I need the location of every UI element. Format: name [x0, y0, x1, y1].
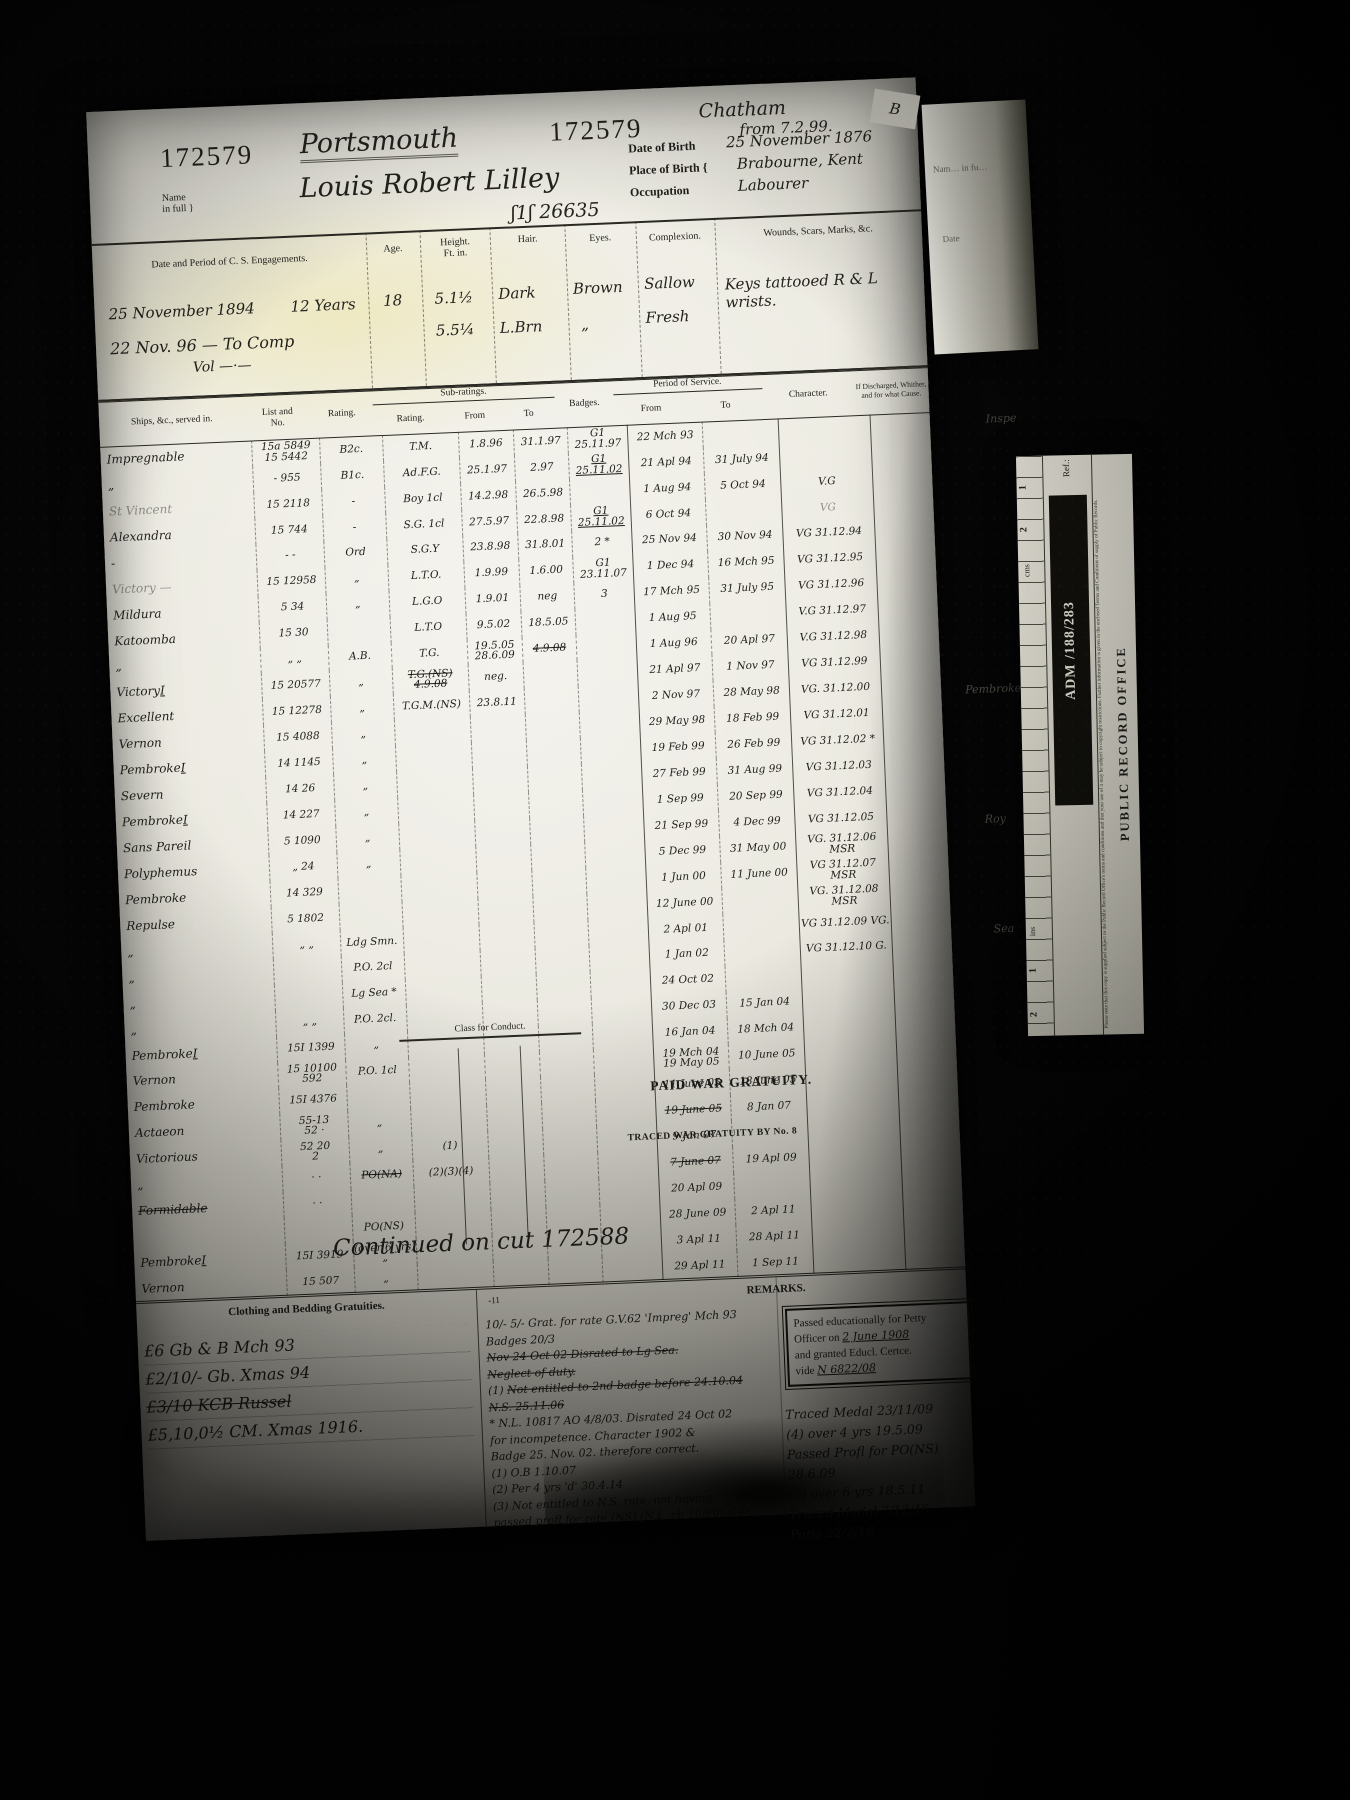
sub-from	[477, 896, 533, 924]
hair-value-1: Dark	[498, 283, 536, 303]
list-and-no: 5 1802	[271, 904, 339, 933]
sub-to	[533, 920, 589, 948]
page-fragment: Sea	[993, 922, 1014, 936]
list-and-no: 15 12278	[262, 697, 330, 726]
engagement-date-2: 22 Nov. 96 — To Comp	[110, 332, 295, 359]
badges	[582, 788, 642, 816]
badges	[592, 1021, 652, 1049]
sub-rating: T.G.	[391, 639, 468, 668]
list-and-no: 15 4088	[263, 723, 331, 752]
sub-from: 19.5.0528.6.09	[466, 637, 522, 665]
sub-from	[476, 870, 532, 898]
list-and-no: „ „	[272, 930, 340, 959]
sub-rating: S.G.Y	[386, 536, 463, 565]
badges-header: Badges.	[555, 397, 614, 410]
rating: „	[334, 798, 398, 827]
badges	[585, 839, 645, 867]
engagement-date-1: 25 November 1894	[108, 299, 255, 323]
badges	[591, 995, 651, 1023]
list-and-no: 15I 4376	[278, 1086, 346, 1115]
list-and-no: 14 1145	[264, 749, 332, 778]
sub-to	[534, 946, 590, 974]
badges: G1 25.11.97	[567, 425, 627, 453]
dob-label: Date of Birth	[628, 139, 696, 157]
occupation-label: Occupation	[630, 183, 690, 200]
list-and-no: 52 202	[281, 1137, 349, 1166]
column-rule	[635, 221, 643, 377]
sub-from: 27.5.97	[461, 507, 517, 535]
sub-from: 14.2.98	[460, 481, 516, 509]
rating: B1c.	[320, 461, 384, 490]
complexion-value-1: Sallow	[644, 273, 695, 293]
sub-from: 9.5.02	[465, 611, 521, 639]
sub-from	[469, 715, 525, 743]
sub-rating: L.G.O	[388, 587, 465, 616]
pro-reference-card: 1 2 cms ins 1 2 Ref.: ADM /188/283 Pleas…	[1016, 454, 1144, 1036]
service-to	[724, 937, 801, 966]
engagement-date-2b: Vol —·—	[193, 357, 252, 375]
character	[801, 985, 894, 1015]
badges	[587, 891, 647, 919]
sub-rating: T.M.	[382, 432, 459, 461]
sub-from	[472, 766, 528, 794]
sub-rating	[401, 898, 478, 927]
rating: „	[353, 1264, 417, 1293]
ref-label: Ref.:	[1061, 459, 1071, 477]
character-header: Character.	[762, 387, 854, 402]
badges: G1 25.11.02	[568, 451, 628, 479]
list-and-no: 14 227	[267, 800, 335, 829]
service-to: 31 July 95	[708, 574, 785, 603]
service-from: 3 Apl 11	[660, 1225, 737, 1254]
rating: „	[333, 772, 397, 801]
service-from: 1 Jan 02	[648, 940, 725, 969]
service-to: 31 July 94	[703, 444, 780, 473]
rating: „	[328, 668, 392, 697]
badges	[590, 969, 650, 997]
list-and-no	[273, 956, 341, 985]
sub-to	[523, 686, 579, 714]
service-to	[733, 1170, 810, 1199]
list-and-no: „ „	[275, 1008, 343, 1037]
character: VG	[781, 492, 874, 522]
rating: „	[325, 591, 389, 620]
wounds-header: Wounds, Scars, Marks, &c.	[714, 221, 922, 241]
service-rows: Impregnable15a 584915 5442B2c.T.M.1.8.96…	[100, 412, 965, 1302]
service-from: 1 Jun 00	[645, 862, 722, 891]
badges	[584, 814, 644, 842]
hair-header: Hair.	[490, 232, 565, 246]
service-to: 28 May 98	[713, 678, 790, 707]
sub-to: 2.97	[513, 453, 569, 481]
badges	[579, 710, 639, 738]
rating: „	[335, 824, 399, 853]
sub-to: 26.5.98	[515, 479, 571, 507]
list-no-header: List and No.	[244, 406, 311, 431]
character: VG 31.12.99	[787, 648, 880, 678]
clothing-lines: £6 Gb & B Mch 93£2/10/- Gb. Xmas 94£3/10…	[144, 1324, 474, 1450]
service-to: 31 Aug 99	[716, 755, 793, 784]
service-to	[710, 600, 787, 629]
badges: 2 *	[572, 528, 632, 556]
sub-rating	[399, 847, 476, 876]
remarks-title: REMARKS.	[656, 1272, 897, 1306]
sub-rating-header: Rating.	[373, 412, 448, 426]
service-to: 11 June 00	[720, 859, 797, 888]
sub-rating	[395, 743, 472, 772]
rating: -	[322, 513, 386, 542]
service-to	[725, 963, 802, 992]
sub-from	[484, 1052, 540, 1080]
engagements-header: Date and Period of C. S. Engagements.	[92, 251, 366, 273]
service-to: 18 Feb 99	[714, 704, 791, 733]
character: VG 31.12.03	[792, 751, 885, 781]
service-from: 17 Mch 95	[633, 577, 710, 606]
service-from: 2 Apl 01	[647, 914, 724, 943]
character: VG 31.12.02 *	[791, 726, 884, 756]
badges	[578, 684, 638, 712]
name-label: Name in full }	[162, 192, 194, 215]
sub-to	[530, 842, 586, 870]
character: VG. 31.12.06 MSR	[795, 829, 888, 859]
column-rule	[490, 227, 498, 383]
column-rule	[564, 224, 572, 380]
list-and-no: „ „	[260, 645, 328, 674]
service-from: 21 Apl 97	[636, 655, 713, 684]
sub-to: 18.5.05	[520, 609, 576, 637]
badges	[575, 606, 635, 634]
service-to: 26 Feb 99	[715, 729, 792, 758]
list-and-no: 15I 1399	[276, 1034, 344, 1063]
age-value: 18	[383, 291, 403, 310]
rating: Lg Sea *	[341, 979, 405, 1008]
sub-rating	[396, 769, 473, 798]
sub-to	[535, 971, 591, 999]
character	[808, 1140, 901, 1170]
sub-rating: L.T.O	[389, 613, 466, 642]
sub-from	[478, 922, 534, 950]
service-to: 30 Nov 94	[706, 522, 783, 551]
rating: A.B.	[327, 642, 391, 671]
period-group-header: Period of Service.	[612, 375, 762, 395]
sub-rating	[397, 795, 474, 824]
list-and-no: 15 10100592	[277, 1060, 345, 1089]
character	[800, 959, 893, 989]
page-mark: -11	[488, 1295, 500, 1305]
sub-from: 23.8.98	[462, 533, 518, 561]
character	[806, 1088, 899, 1118]
rating	[326, 616, 390, 645]
badges	[588, 917, 648, 945]
wounds-value: Keys tattooed R & L wrists.	[724, 268, 916, 312]
service-from: 20 Apl 09	[658, 1173, 735, 1202]
service-from: 25 Nov 94	[631, 525, 708, 554]
character: VG. 31.12.08 MSR	[797, 881, 890, 911]
folded-page-edge: Nam… in fu… Date	[922, 99, 1039, 354]
sub-to: 31.8.01	[517, 531, 573, 559]
sub-from: 25.1.97	[459, 455, 515, 483]
service-to: 31 May 00	[719, 833, 796, 862]
service-to: 8 Jan 07	[730, 1092, 807, 1121]
cm-number: 2	[1018, 527, 1029, 532]
rating: P.O. 2cl.	[343, 1005, 407, 1034]
sub-to: 22.8.98	[516, 505, 572, 533]
service-from: 22 Mch 93	[626, 422, 703, 451]
eyes-value-2: „	[581, 315, 590, 333]
badges	[602, 1254, 662, 1282]
service-to: 4 Dec 99	[718, 807, 795, 836]
service-to	[702, 418, 779, 447]
character	[810, 1192, 903, 1222]
service-from: 30 Dec 03	[650, 992, 727, 1021]
rating	[337, 876, 401, 905]
height-header: Height. Ft. in.	[420, 235, 491, 260]
character: VG 31.12.01	[789, 700, 882, 730]
sub-rating: T.G.M.(NS)	[393, 691, 470, 720]
sub-from: 1.9.99	[463, 559, 519, 587]
sub-from	[492, 1259, 548, 1287]
sub-to: 4.9.08	[521, 635, 577, 663]
service-from: 29 May 98	[638, 707, 715, 736]
page-fragment: Pembroke	[965, 681, 1021, 696]
service-to	[723, 911, 800, 940]
sub-from	[489, 1181, 545, 1209]
period-to-header: To	[688, 399, 763, 413]
character	[809, 1166, 902, 1196]
sub-to	[547, 1257, 603, 1285]
sub-from: 1.8.96	[457, 430, 513, 458]
badges	[576, 632, 636, 660]
eyes-value-1: Brown	[573, 278, 623, 298]
sub-to	[543, 1153, 599, 1181]
remarks-lines: 10/- 5/- Grat. for rate G.V.62 'Impreg' …	[485, 1305, 782, 1531]
service-from: 19 Mch 0419 May 05	[652, 1044, 729, 1073]
education-certificate-box: Passed educationally for PettyOfficer on…	[785, 1301, 972, 1387]
service-to: 2 Apl 11	[734, 1196, 811, 1225]
service-from: 2 Nov 97	[637, 681, 714, 710]
service-to: 20 Apl 97	[711, 626, 788, 655]
badges	[581, 762, 641, 790]
official-number-left: 172579	[160, 139, 254, 174]
rating	[346, 1083, 410, 1112]
service-from: 1 Aug 94	[628, 473, 705, 502]
sub-from	[480, 974, 536, 1002]
list-and-no: 15 20577	[261, 671, 329, 700]
character	[807, 1114, 900, 1144]
rating: „	[330, 694, 394, 723]
sub-to	[538, 1049, 594, 1077]
list-and-no: 15 12958	[257, 567, 325, 596]
sub-from: neg.	[467, 663, 523, 691]
service-to: 5 Oct 94	[704, 470, 781, 499]
discharged-header: If Discharged, Whither, and for what Cau…	[853, 380, 928, 400]
rating: „	[332, 746, 396, 775]
rating: Ord	[323, 539, 387, 568]
name-value: Louis Robert Lilley	[299, 162, 560, 204]
list-and-no: 15 744	[255, 515, 323, 544]
character: VG 31.12.96	[784, 570, 877, 600]
sub-from	[475, 844, 531, 872]
service-from: 24 Oct 02	[649, 966, 726, 995]
service-record-sheet: 172579 Portsmouth 172579 Chatham from 7.…	[86, 77, 975, 1541]
list-and-no: 15 2118	[253, 490, 321, 519]
sub-to	[544, 1179, 600, 1207]
sub-from	[474, 818, 530, 846]
list-and-no: 15 30	[259, 619, 327, 648]
character	[779, 441, 872, 471]
rating: „	[348, 1135, 412, 1164]
sub-rating: T.G.(NS) 4.9.08	[392, 665, 469, 694]
list-and-no	[274, 982, 342, 1011]
list-and-no: · ·	[282, 1163, 350, 1192]
service-to: 18 Mch 04	[727, 1014, 804, 1043]
reference-number: ʃ1ʃ 26635	[510, 199, 600, 225]
character	[804, 1037, 897, 1067]
sub-rating: Ad.F.G.	[383, 458, 460, 487]
sub-to	[524, 712, 580, 740]
sub-rating	[408, 1054, 485, 1083]
character	[778, 415, 871, 445]
height-value-1: 5.1½	[434, 288, 473, 308]
rating-header: Rating.	[310, 407, 373, 421]
age-header: Age.	[366, 242, 420, 255]
service-from: 1 Aug 95	[634, 603, 711, 632]
photograph-of-service-record: 172579 Portsmouth 172579 Chatham from 7.…	[0, 0, 1350, 1800]
sub-to	[531, 868, 587, 896]
sub-rating	[398, 821, 475, 850]
sub-rating	[410, 1106, 487, 1135]
inch-number: 1	[1028, 968, 1039, 973]
sub-rating	[413, 1183, 490, 1212]
badges: G1 25.11.02	[570, 503, 630, 531]
sub-to: 1.6.00	[518, 557, 574, 585]
character	[803, 1011, 896, 1041]
service-from: 28 June 09	[659, 1199, 736, 1228]
badges: 3	[574, 580, 634, 608]
bottom-section: Clothing and Bedding Gratuities. REMARKS…	[136, 1266, 975, 1544]
sub-rating	[400, 872, 477, 901]
sub-from-header: From	[448, 410, 502, 423]
service-from: 19 June 05	[655, 1095, 732, 1124]
sub-to	[539, 1075, 595, 1103]
service-to: 19 Apl 09	[732, 1144, 809, 1173]
badges	[595, 1099, 655, 1127]
service-from: 19 Feb 99	[639, 733, 716, 762]
rating: Ldg Smn.	[339, 927, 403, 956]
sub-to	[541, 1101, 597, 1129]
pob-label: Place of Birth {	[629, 160, 708, 178]
service-from: 6 Oct 94	[630, 499, 707, 528]
port-division-left: Portsmouth	[299, 123, 459, 164]
character: VG. 31.12.00	[788, 674, 881, 704]
character: VG 31.12.04	[793, 777, 886, 807]
sub-from	[470, 741, 526, 769]
medal-notes: Traced Medal 23/11/09(4) over 4 yrs 19.5…	[785, 1397, 973, 1544]
list-and-no: 5 1090	[268, 826, 336, 855]
service-from: 7 June 07	[657, 1147, 734, 1176]
character: VG 31.12.07 MSR	[796, 855, 889, 885]
service-to: 28 Apl 11	[736, 1222, 813, 1251]
service-to	[705, 496, 782, 525]
sub-rating	[409, 1080, 486, 1109]
pob-value: Brabourne, Kent	[737, 150, 864, 173]
list-and-no: - 955	[252, 464, 320, 493]
rating: „	[324, 565, 388, 594]
list-and-no: - -	[256, 541, 324, 570]
rating	[338, 902, 402, 931]
badges: G1 23.11.07	[573, 554, 633, 582]
character: V.G	[780, 466, 873, 496]
character: VG 31.12.95	[783, 544, 876, 574]
service-from: 21 Apl 94	[627, 448, 704, 477]
cm-number: 1	[1018, 485, 1029, 490]
service-from: 1 Sep 99	[641, 784, 718, 813]
badges	[580, 736, 640, 764]
character: VG 31.12.05	[794, 803, 887, 833]
sub-from	[473, 792, 529, 820]
sub-rating	[402, 924, 479, 953]
service-from: 1 Dec 94	[632, 551, 709, 580]
badges	[569, 477, 629, 505]
badges	[599, 1176, 659, 1204]
list-and-no: 55-1352 ·	[280, 1111, 348, 1140]
adm-reference: ADM /188/283	[1062, 601, 1080, 700]
sub-from	[479, 948, 535, 976]
engagement-period-1: 12 Years	[290, 295, 356, 316]
badges	[586, 865, 646, 893]
rating: P.O. 1cl	[345, 1057, 409, 1086]
list-and-no: · ·	[283, 1189, 351, 1218]
rating: PO(NA)	[349, 1161, 413, 1190]
badges	[577, 658, 637, 686]
list-and-no: „ 24	[269, 852, 337, 881]
character: VG 31.12.09 VG.	[798, 907, 891, 937]
adm-reference-box: ADM /188/283	[1049, 495, 1093, 806]
occupation-value: Labourer	[737, 174, 808, 195]
rating: P.O. 2cl	[340, 953, 404, 982]
sub-to	[522, 661, 578, 689]
sub-rating: S.G. 1cl	[385, 510, 462, 539]
sub-rating: L.T.O.	[387, 561, 464, 590]
character: V.G 31.12.98	[786, 622, 879, 652]
sub-from: 1.9.01	[464, 585, 520, 613]
sub-rating	[394, 717, 471, 746]
complexion-value-2: Fresh	[645, 307, 690, 327]
character	[811, 1218, 904, 1248]
service-from: 1 Aug 96	[635, 629, 712, 658]
badges	[594, 1073, 654, 1101]
inch-number: 2	[1029, 1012, 1040, 1017]
ins-label: ins	[1028, 927, 1037, 937]
service-to: 15 Jan 04	[726, 989, 803, 1018]
fold-fragment: Nam… in fu…	[933, 162, 988, 175]
paper-scrap: B	[870, 89, 921, 130]
service-from: 5 Dec 99	[644, 836, 721, 865]
character: VG 31.12.10 G.	[799, 933, 892, 963]
column-rule	[714, 218, 722, 374]
list-and-no: 14 329	[270, 878, 338, 907]
sub-to	[542, 1127, 598, 1155]
service-from: 16 Jan 04	[651, 1018, 728, 1047]
service-from: 27 Feb 99	[640, 759, 717, 788]
service-table: Ships, &c., served in. List and No. Rati…	[98, 365, 965, 1304]
hair-value-2: L.Brn	[499, 317, 542, 337]
service-to: 1 Nov 97	[712, 652, 789, 681]
character: V.G 31.12.97	[785, 596, 878, 626]
list-and-no: 5 34	[258, 593, 326, 622]
sub-rating: (2)(3)(4)	[412, 1157, 489, 1186]
page-fragment: Inspe	[986, 411, 1017, 425]
